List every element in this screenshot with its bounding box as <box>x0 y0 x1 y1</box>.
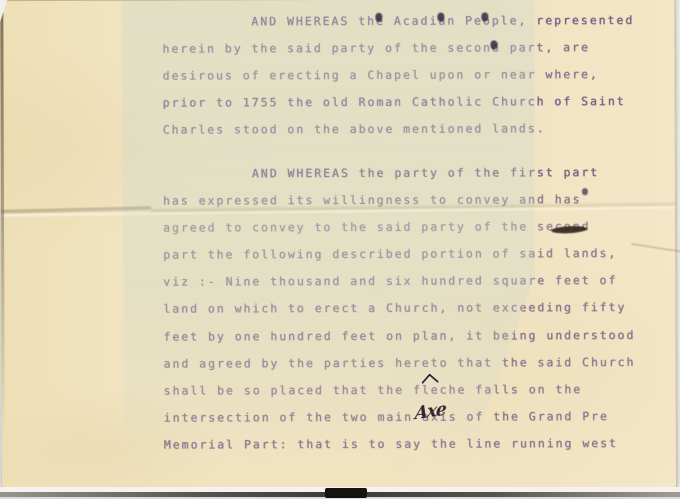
fold-crease-left <box>1 206 151 217</box>
typed-line: herein by the said party of the second p… <box>162 34 634 63</box>
typed-line: has expressed its willingness to convey … <box>163 186 635 215</box>
typed-line: Memorial Part: that is to say the line r… <box>164 430 636 459</box>
paragraph-whereas-first-party: AND WHEREAS the party of the first part … <box>163 159 636 459</box>
scanner-corner-gap <box>0 0 14 24</box>
typed-line: feet by one hundred feet on plan, it bei… <box>163 322 635 351</box>
paper-top-edge-shadow <box>0 0 675 1</box>
fold-crease-right <box>631 243 680 253</box>
typed-line: shall be so placed that the fleche falls… <box>164 376 636 405</box>
typed-line: AND WHEREAS the party of the first part <box>163 159 635 188</box>
paper-right-edge-shadow <box>674 0 677 489</box>
typed-line: part the following described portion of … <box>163 240 635 269</box>
typed-line: prior to 1755 the old Roman Catholic Chu… <box>163 88 635 117</box>
paper-left-edge-shadow <box>0 0 4 439</box>
typed-line: agreed to convey to the said party of th… <box>163 213 635 242</box>
typed-line: Charles stood on the above mentioned lan… <box>163 115 635 144</box>
paper-sheet: AND WHEREAS the Acadian People, represen… <box>0 0 677 491</box>
typed-line: AND WHEREAS the Acadian People, represen… <box>162 7 634 36</box>
paragraph-whereas-acadian-people: AND WHEREAS the Acadian People, represen… <box>162 7 634 144</box>
typed-line: viz :- Nine thousand and six hundred squ… <box>163 267 635 296</box>
typed-line: and agreed by the parties hereto that th… <box>164 349 636 378</box>
scanned-document-page: AND WHEREAS the Acadian People, represen… <box>0 0 680 499</box>
typed-line: intersection of the two main axis of the… <box>164 403 636 432</box>
typed-line: land on which to erect a Church, not exc… <box>163 294 635 323</box>
typed-line: desirous of erecting a Chapel upon or ne… <box>163 61 635 90</box>
binder-clip-shadow <box>325 488 367 498</box>
